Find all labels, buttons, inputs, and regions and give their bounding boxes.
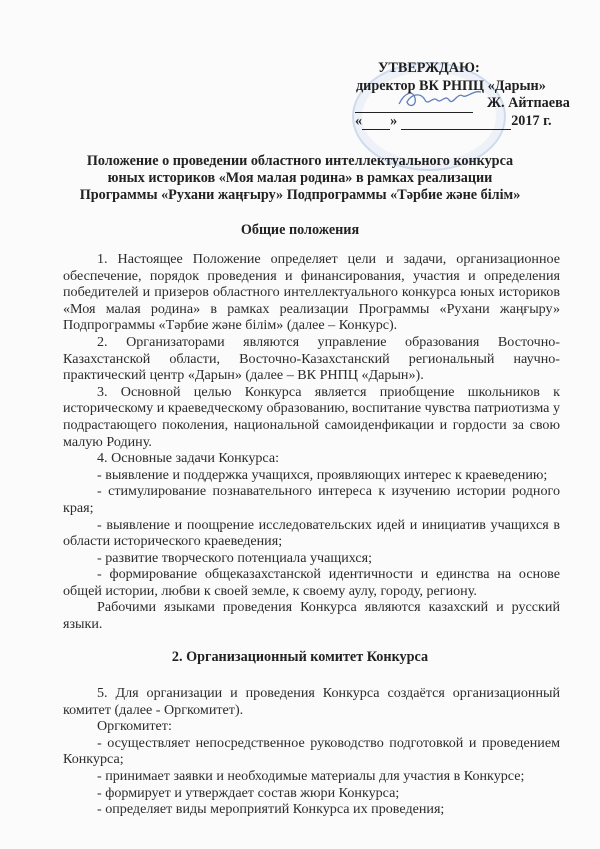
date-open-quote: «: [355, 113, 362, 131]
list-item: - формирует и утверждает состав жюри Кон…: [63, 785, 560, 802]
paragraph: Оргкомитет:: [63, 718, 560, 735]
approval-position: директор ВК РНПЦ «Дарын»: [356, 78, 578, 96]
list-item: - принимает заявки и необходимые материа…: [63, 768, 560, 785]
title-line: Программы «Рухани жаңғыру» Подпрограммы …: [40, 187, 560, 204]
list-item: - стимулирование познавательного интерес…: [63, 483, 560, 516]
section-orgcommittee-body: 5. Для организации и проведения Конкурса…: [63, 685, 560, 818]
date-close-quote: »: [390, 113, 397, 131]
section-heading-orgcommittee: 2. Организационный комитет Конкурса: [40, 649, 560, 666]
paragraph: 1. Настоящее Положение определяет цели и…: [63, 251, 560, 334]
approval-heading: УТВЕРЖДАЮ:: [368, 60, 578, 78]
list-item: - определяет виды мероприятий Конкурса и…: [63, 801, 560, 818]
title-line: юных историков «Моя малая родина» в рамк…: [40, 170, 560, 187]
day-blank: [362, 115, 390, 130]
approval-block: УТВЕРЖДАЮ: директор ВК РНПЦ «Дарын» Ж. А…: [368, 60, 578, 130]
signature-blank: [355, 98, 473, 113]
paragraph: 2. Организаторами являются управление об…: [63, 334, 560, 384]
section-general-body: 1. Настоящее Положение определяет цели и…: [63, 251, 560, 633]
list-item: - выявление и поощрение исследовательски…: [63, 517, 560, 550]
signatory-name: Ж. Айтпаева: [487, 95, 570, 113]
date-line: « » 2017 г.: [355, 113, 578, 131]
paragraph: 3. Основной целью Конкурса является прио…: [63, 384, 560, 450]
list-item: - формирование общеказахстанской идентич…: [63, 566, 560, 599]
section-heading-general: Общие положения: [40, 222, 560, 239]
date-year: 2017 г.: [511, 113, 551, 131]
list-item: - осуществляет непосредственное руководс…: [63, 735, 560, 768]
document-page: УТВЕРЖДАЮ: директор ВК РНПЦ «Дарын» Ж. А…: [0, 0, 600, 849]
signature-line: Ж. Айтпаева: [355, 95, 578, 113]
list-item: - развитие творческого потенциала учащих…: [63, 550, 560, 567]
document-title: Положение о проведении областного интелл…: [40, 153, 560, 204]
title-line: Положение о проведении областного интелл…: [40, 153, 560, 170]
paragraph: Рабочими языками проведения Конкурса явл…: [63, 599, 560, 632]
paragraph: 4. Основные задачи Конкурса:: [63, 450, 560, 467]
month-blank: [401, 115, 511, 130]
paragraph: 5. Для организации и проведения Конкурса…: [63, 685, 560, 718]
list-item: - выявление и поддержка учащихся, проявл…: [63, 467, 560, 484]
